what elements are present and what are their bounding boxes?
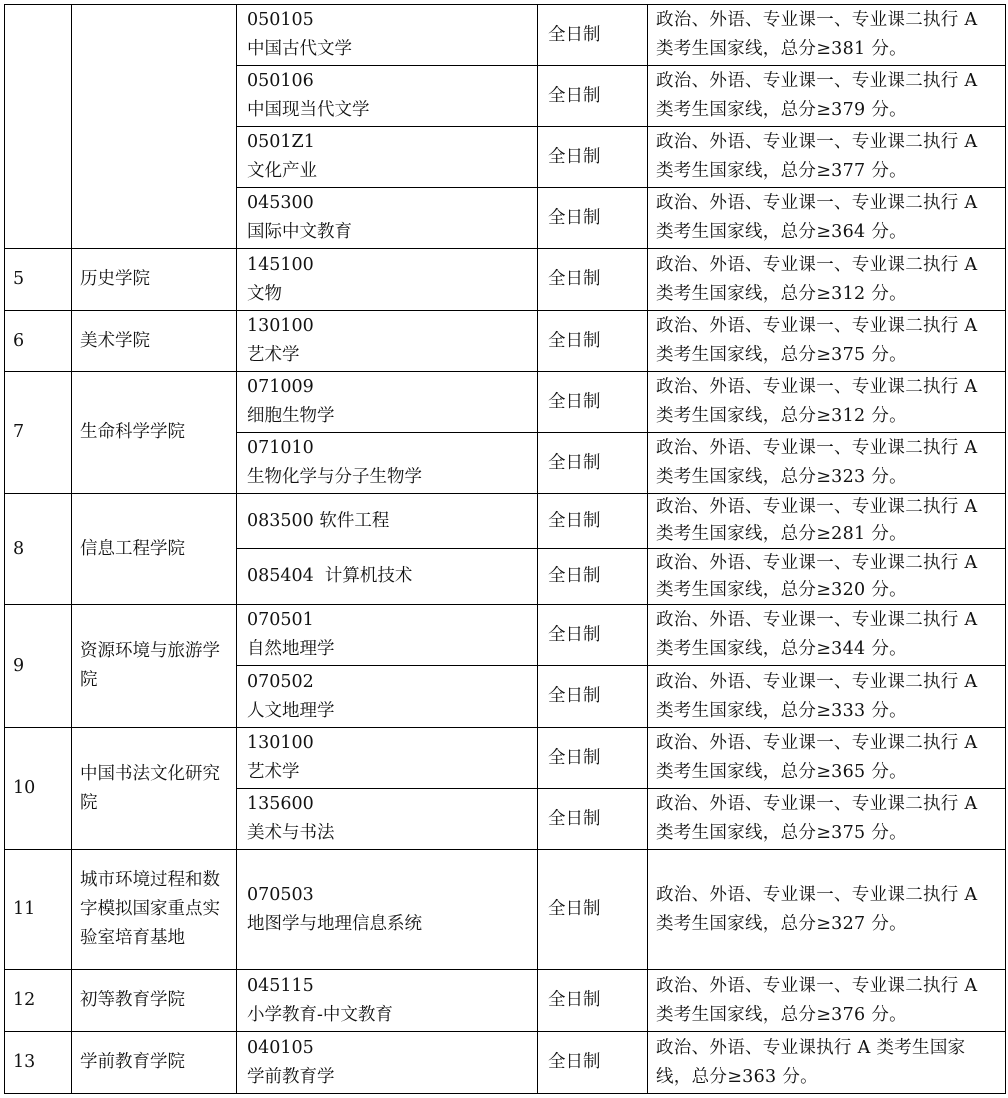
table-row: 13 学前教育学院 040105学前教育学 全日制 政治、外语、专业课执行 A … — [5, 1032, 1006, 1094]
major-name: 细胞生物学 — [247, 402, 537, 431]
score-requirement: 政治、外语、专业课执行 A 类考生国家线，总分≥363 分。 — [648, 1032, 1006, 1094]
college-name: 信息工程学院 — [72, 494, 237, 605]
score-requirement: 政治、外语、专业课一、专业课二执行 A 类考生国家线，总分≥364 分。 — [648, 188, 1006, 249]
major-name: 中国古代文学 — [247, 35, 537, 64]
college-name — [72, 5, 237, 249]
study-mode: 全日制 — [538, 433, 648, 494]
major-name: 学前教育学 — [247, 1063, 537, 1092]
college-name: 初等教育学院 — [72, 970, 237, 1032]
major-name: 中国现当代文学 — [247, 96, 537, 125]
score-requirement: 政治、外语、专业课一、专业课二执行 A 类考生国家线，总分≥333 分。 — [648, 666, 1006, 728]
row-number: 6 — [5, 311, 72, 372]
score-requirement: 政治、外语、专业课一、专业课二执行 A 类考生国家线，总分≥312 分。 — [648, 249, 1006, 311]
score-requirement: 政治、外语、专业课一、专业课二执行 A 类考生国家线，总分≥281 分。 — [648, 494, 1006, 549]
table-row: 6 美术学院 130100艺术学 全日制 政治、外语、专业课一、专业课二执行 A… — [5, 311, 1006, 372]
study-mode: 全日制 — [538, 66, 648, 127]
major-code: 071010 — [247, 434, 537, 463]
row-number: 7 — [5, 372, 72, 494]
major-cell: 071009细胞生物学 — [237, 372, 538, 433]
major-cell: 050106中国现当代文学 — [237, 66, 538, 127]
score-requirement: 政治、外语、专业课一、专业课二执行 A 类考生国家线，总分≥376 分。 — [648, 970, 1006, 1032]
study-mode: 全日制 — [538, 494, 648, 549]
major-name: 小学教育-中文教育 — [247, 1001, 537, 1030]
study-mode: 全日制 — [538, 970, 648, 1032]
table-row: 8 信息工程学院 083500 软件工程 全日制 政治、外语、专业课一、专业课二… — [5, 494, 1006, 549]
major-cell: 145100文物 — [237, 249, 538, 311]
major-cell: 050105中国古代文学 — [237, 5, 538, 66]
table-row: 7 生命科学学院 071009细胞生物学 全日制 政治、外语、专业课一、专业课二… — [5, 372, 1006, 433]
score-requirement: 政治、外语、专业课一、专业课二执行 A 类考生国家线，总分≥381 分。 — [648, 5, 1006, 66]
study-mode: 全日制 — [538, 666, 648, 728]
major-cell: 130100艺术学 — [237, 311, 538, 372]
major-code: 050106 — [247, 67, 537, 96]
row-number — [5, 5, 72, 249]
college-name: 历史学院 — [72, 249, 237, 311]
score-requirement: 政治、外语、专业课一、专业课二执行 A 类考生国家线，总分≥375 分。 — [648, 311, 1006, 372]
major-cell: 070501自然地理学 — [237, 605, 538, 666]
score-requirement: 政治、外语、专业课一、专业课二执行 A 类考生国家线，总分≥312 分。 — [648, 372, 1006, 433]
table-row: 5 历史学院 145100文物 全日制 政治、外语、专业课一、专业课二执行 A … — [5, 249, 1006, 311]
major-name: 文物 — [247, 280, 537, 309]
major-cell: 045300国际中文教育 — [237, 188, 538, 249]
major-code-name: 083500 软件工程 — [237, 494, 538, 549]
score-requirement: 政治、外语、专业课一、专业课二执行 A 类考生国家线，总分≥320 分。 — [648, 549, 1006, 605]
major-cell: 040105学前教育学 — [237, 1032, 538, 1094]
study-mode: 全日制 — [538, 311, 648, 372]
table-row: 9 资源环境与旅游学院 070501自然地理学 全日制 政治、外语、专业课一、专… — [5, 605, 1006, 666]
college-name: 学前教育学院 — [72, 1032, 237, 1094]
major-code: 071009 — [247, 373, 537, 402]
admission-score-table: 050105中国古代文学 全日制 政治、外语、专业课一、专业课二执行 A 类考生… — [4, 4, 1006, 1094]
major-code: 130100 — [247, 312, 537, 341]
major-code-name: 085404 计算机技术 — [237, 549, 538, 605]
row-number: 10 — [5, 728, 72, 850]
major-name: 艺术学 — [247, 758, 537, 787]
table-row: 050105中国古代文学 全日制 政治、外语、专业课一、专业课二执行 A 类考生… — [5, 5, 1006, 66]
score-requirement: 政治、外语、专业课一、专业课二执行 A 类考生国家线，总分≥327 分。 — [648, 850, 1006, 970]
study-mode: 全日制 — [538, 605, 648, 666]
row-number: 5 — [5, 249, 72, 311]
table-row: 11 城市环境过程和数字模拟国家重点实验室培育基地 070503地图学与地理信息… — [5, 850, 1006, 970]
major-code: 0501Z1 — [247, 128, 537, 157]
major-name: 美术与书法 — [247, 819, 537, 848]
major-cell: 070502人文地理学 — [237, 666, 538, 728]
table-row: 10 中国书法文化研究院 130100艺术学 全日制 政治、外语、专业课一、专业… — [5, 728, 1006, 789]
score-requirement: 政治、外语、专业课一、专业课二执行 A 类考生国家线，总分≥375 分。 — [648, 789, 1006, 850]
score-requirement: 政治、外语、专业课一、专业课二执行 A 类考生国家线，总分≥365 分。 — [648, 728, 1006, 789]
college-name: 生命科学学院 — [72, 372, 237, 494]
college-name: 资源环境与旅游学院 — [72, 605, 237, 728]
row-number: 9 — [5, 605, 72, 728]
study-mode: 全日制 — [538, 789, 648, 850]
study-mode: 全日制 — [538, 728, 648, 789]
major-code: 130100 — [247, 729, 537, 758]
study-mode: 全日制 — [538, 127, 648, 188]
study-mode: 全日制 — [538, 249, 648, 311]
row-number: 8 — [5, 494, 72, 605]
major-cell: 045115小学教育-中文教育 — [237, 970, 538, 1032]
row-number: 13 — [5, 1032, 72, 1094]
major-code: 070503 — [247, 881, 537, 910]
major-name: 文化产业 — [247, 157, 537, 186]
major-code: 145100 — [247, 251, 537, 280]
major-name: 艺术学 — [247, 341, 537, 370]
study-mode: 全日制 — [538, 1032, 648, 1094]
college-name: 美术学院 — [72, 311, 237, 372]
major-code: 070501 — [247, 606, 537, 635]
study-mode: 全日制 — [538, 5, 648, 66]
table-row: 12 初等教育学院 045115小学教育-中文教育 全日制 政治、外语、专业课一… — [5, 970, 1006, 1032]
major-name: 自然地理学 — [247, 635, 537, 664]
row-number: 11 — [5, 850, 72, 970]
study-mode: 全日制 — [538, 549, 648, 605]
major-code: 135600 — [247, 790, 537, 819]
college-name: 城市环境过程和数字模拟国家重点实验室培育基地 — [72, 850, 237, 970]
major-code: 070502 — [247, 668, 537, 697]
major-name: 生物化学与分子生物学 — [247, 463, 537, 492]
major-cell: 130100艺术学 — [237, 728, 538, 789]
major-cell: 0501Z1文化产业 — [237, 127, 538, 188]
major-code: 040105 — [247, 1034, 537, 1063]
major-cell: 071010生物化学与分子生物学 — [237, 433, 538, 494]
study-mode: 全日制 — [538, 850, 648, 970]
study-mode: 全日制 — [538, 372, 648, 433]
score-requirement: 政治、外语、专业课一、专业课二执行 A 类考生国家线，总分≥344 分。 — [648, 605, 1006, 666]
major-code: 050105 — [247, 6, 537, 35]
score-requirement: 政治、外语、专业课一、专业课二执行 A 类考生国家线，总分≥377 分。 — [648, 127, 1006, 188]
college-name: 中国书法文化研究院 — [72, 728, 237, 850]
major-name: 地图学与地理信息系统 — [247, 910, 537, 939]
major-name: 人文地理学 — [247, 697, 537, 726]
major-cell: 135600美术与书法 — [237, 789, 538, 850]
row-number: 12 — [5, 970, 72, 1032]
major-cell: 070503地图学与地理信息系统 — [237, 850, 538, 970]
major-code: 045115 — [247, 972, 537, 1001]
score-requirement: 政治、外语、专业课一、专业课二执行 A 类考生国家线，总分≥379 分。 — [648, 66, 1006, 127]
score-requirement: 政治、外语、专业课一、专业课二执行 A 类考生国家线，总分≥323 分。 — [648, 433, 1006, 494]
major-code: 045300 — [247, 189, 537, 218]
major-name: 国际中文教育 — [247, 218, 537, 247]
study-mode: 全日制 — [538, 188, 648, 249]
